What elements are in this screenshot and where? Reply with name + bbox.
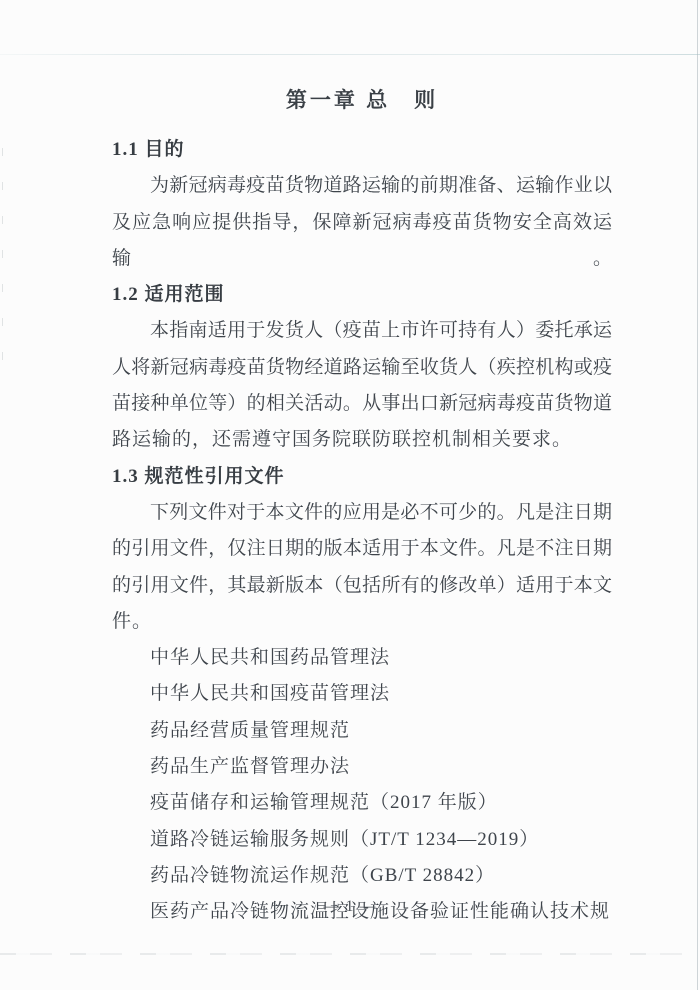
body-line: 的引用文件，仅注日期的版本适用于本文件。凡是不注日期 — [112, 531, 612, 567]
section-1-1: 1.1 目的 为新冠病毒疫苗货物道路运输的前期准备、运输作业以 及应急响应提供指… — [112, 132, 612, 277]
scan-artifact-left-marks — [2, 148, 3, 368]
body-line: 下列文件对于本文件的应用是必不可少的。凡是注日期 — [112, 495, 612, 531]
scan-artifact-top-line — [0, 54, 700, 55]
scan-artifact-right-edge — [697, 0, 698, 990]
reference-item: 疫苗储存和运输管理规范（2017 年版） — [112, 785, 612, 821]
body-line: 为新冠病毒疫苗货物道路运输的前期准备、运输作业以 — [112, 168, 612, 204]
body-line: 路运输的，还需遵守国务院联防联控机制相关要求。 — [112, 422, 612, 458]
reference-item: 药品冷链物流运作规范（GB/T 28842） — [112, 858, 612, 894]
document-page: 第一章 总 则 1.1 目的 为新冠病毒疫苗货物道路运输的前期准备、运输作业以 … — [0, 0, 700, 990]
section-heading-1-3: 1.3 规范性引用文件 — [112, 459, 612, 495]
chapter-title: 第一章 总 则 — [112, 82, 612, 118]
section-heading-1-2: 1.2 适用范围 — [112, 277, 612, 313]
body-line: 苗接种单位等）的相关活动。从事出口新冠病毒疫苗货物道 — [112, 386, 612, 422]
reference-list: 中华人民共和国药品管理法 中华人民共和国疫苗管理法 药品经营质量管理规范 药品生… — [112, 640, 612, 930]
body-line: 及应急响应提供指导，保障新冠病毒疫苗货物安全高效运输。 — [112, 205, 612, 278]
scan-artifact-bottom-smudge — [0, 953, 700, 955]
body-line: 人将新冠病毒疫苗货物经道路运输至收货人（疾控机构或疫 — [112, 350, 612, 386]
section-heading-1-1: 1.1 目的 — [112, 132, 612, 168]
reference-item: 药品生产监督管理办法 — [112, 749, 612, 785]
page-number: — 1 — — [0, 898, 700, 916]
reference-item: 中华人民共和国药品管理法 — [112, 640, 612, 676]
section-1-3: 1.3 规范性引用文件 下列文件对于本文件的应用是必不可少的。凡是注日期 的引用… — [112, 459, 612, 931]
body-line: 件。 — [112, 604, 612, 640]
page-content: 第一章 总 则 1.1 目的 为新冠病毒疫苗货物道路运输的前期准备、运输作业以 … — [112, 82, 612, 931]
reference-item: 中华人民共和国疫苗管理法 — [112, 676, 612, 712]
body-line: 的引用文件，其最新版本（包括所有的修改单）适用于本文 — [112, 568, 612, 604]
body-line: 本指南适用于发货人（疫苗上市许可持有人）委托承运 — [112, 313, 612, 349]
section-1-2: 1.2 适用范围 本指南适用于发货人（疫苗上市许可持有人）委托承运 人将新冠病毒… — [112, 277, 612, 458]
reference-item: 药品经营质量管理规范 — [112, 713, 612, 749]
reference-item: 道路冷链运输服务规则（JT/T 1234—2019） — [112, 822, 612, 858]
